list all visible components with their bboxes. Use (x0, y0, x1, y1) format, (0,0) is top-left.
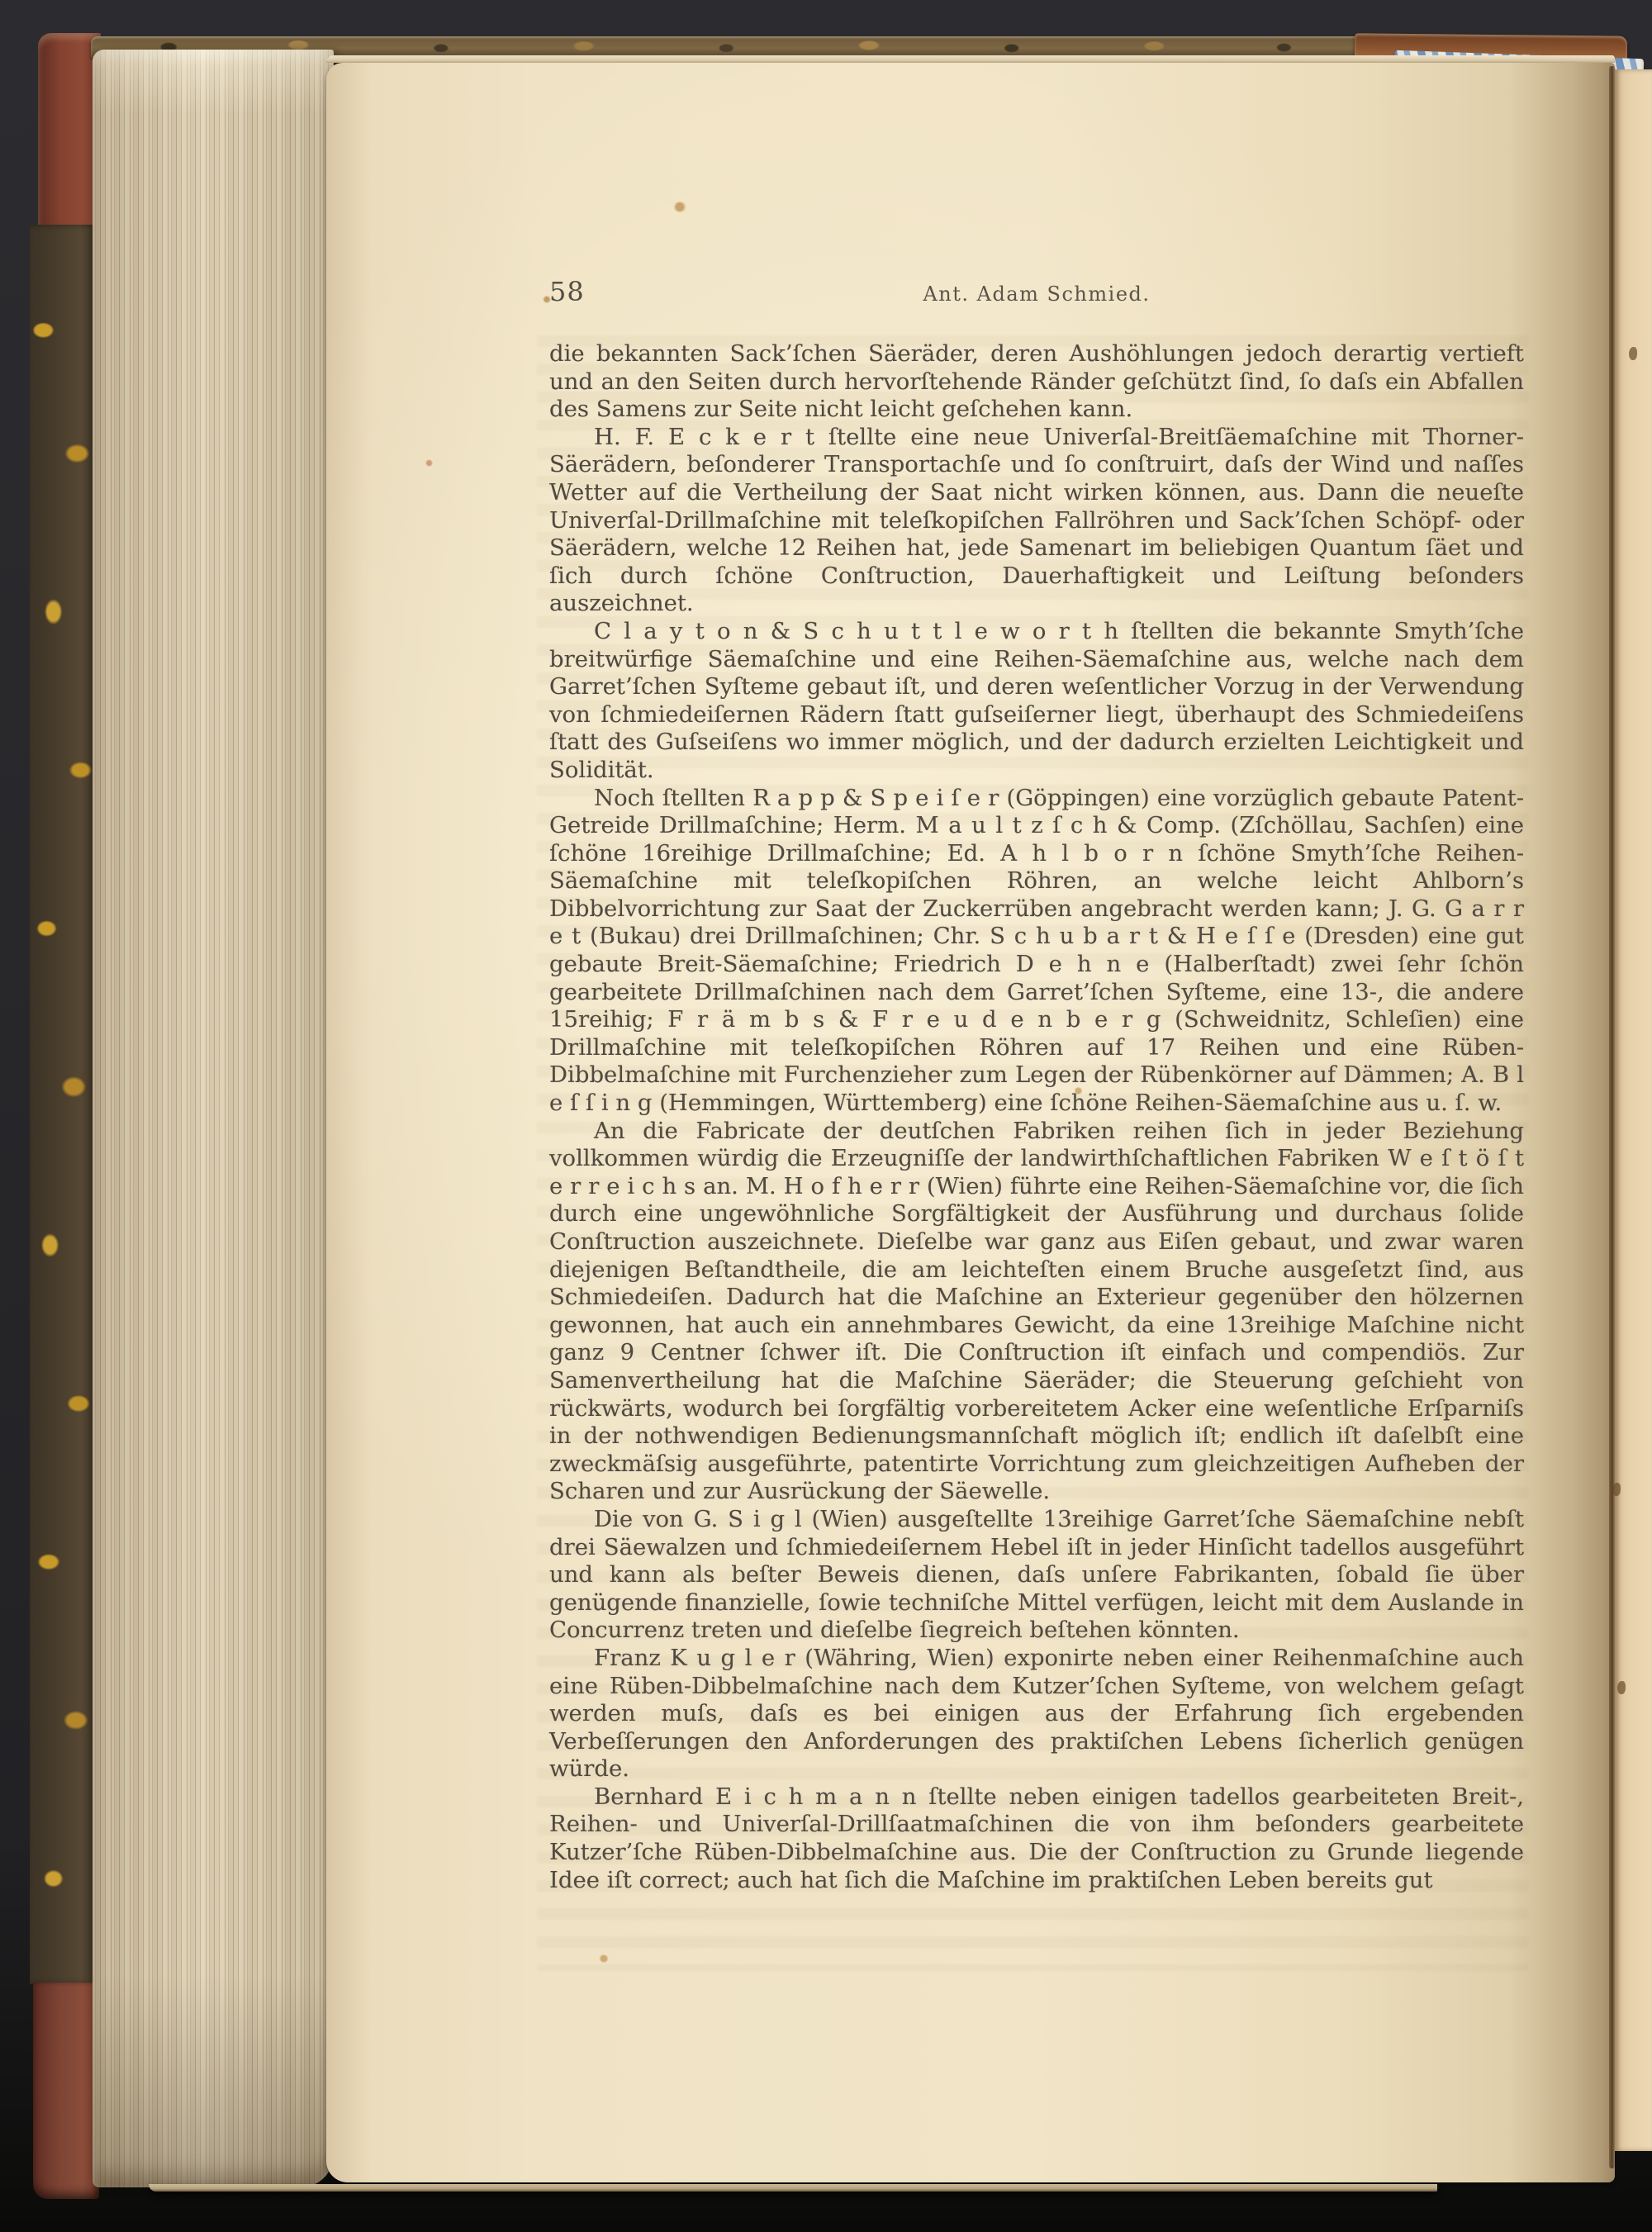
paragraph: H. F. E c k e r t ſtellte eine neue Univ… (549, 424, 1524, 618)
paragraph: An die Fabricate der deutſchen Fabriken … (549, 1118, 1524, 1506)
gutter-crease (1609, 66, 1615, 2168)
page-bottom-edge (149, 2184, 1437, 2192)
scanned-book-photo: 58 Ant. Adam Schmied. die bekannten Sack… (0, 0, 1652, 2232)
book-cover-marbled-paper (30, 225, 97, 1984)
page-edge-nick (1629, 347, 1637, 360)
paragraph: Noch ſtellten R a p p & S p e i ſ e r (G… (549, 785, 1524, 1118)
page-stack-fore-edge (93, 50, 334, 2187)
page-edge-nick (1617, 1681, 1626, 1694)
paragraph: Franz K u g l e r (Währing, Wien) exponi… (549, 1645, 1524, 1783)
facing-page-sliver (1615, 69, 1652, 2151)
page-edge-nick (1612, 1483, 1621, 1496)
running-header: Ant. Adam Schmied. (549, 283, 1524, 306)
paragraph: C l a y t o n & S c h u t t l e w o r t … (549, 618, 1524, 785)
book-cover-leather-corner-top (38, 33, 101, 228)
foxing-spot (599, 1954, 609, 1963)
text-block: die bekannten Sack’ſchen Säeräder, deren… (549, 340, 1524, 1894)
book-cover-leather-corner-bottom (33, 1983, 99, 2199)
page-header: 58 Ant. Adam Schmied. (549, 276, 1524, 312)
book-page: 58 Ant. Adam Schmied. die bekannten Sack… (326, 63, 1615, 2182)
paragraph: Die von G. S i g l (Wien) ausgeſtellte 1… (549, 1506, 1524, 1645)
paragraph: die bekannten Sack’ſchen Säeräder, deren… (549, 340, 1524, 424)
foxing-spot (425, 459, 433, 467)
paragraph: Bernhard E i c h m a n n ſtellte neben e… (549, 1783, 1524, 1894)
foxing-spot (673, 202, 686, 212)
